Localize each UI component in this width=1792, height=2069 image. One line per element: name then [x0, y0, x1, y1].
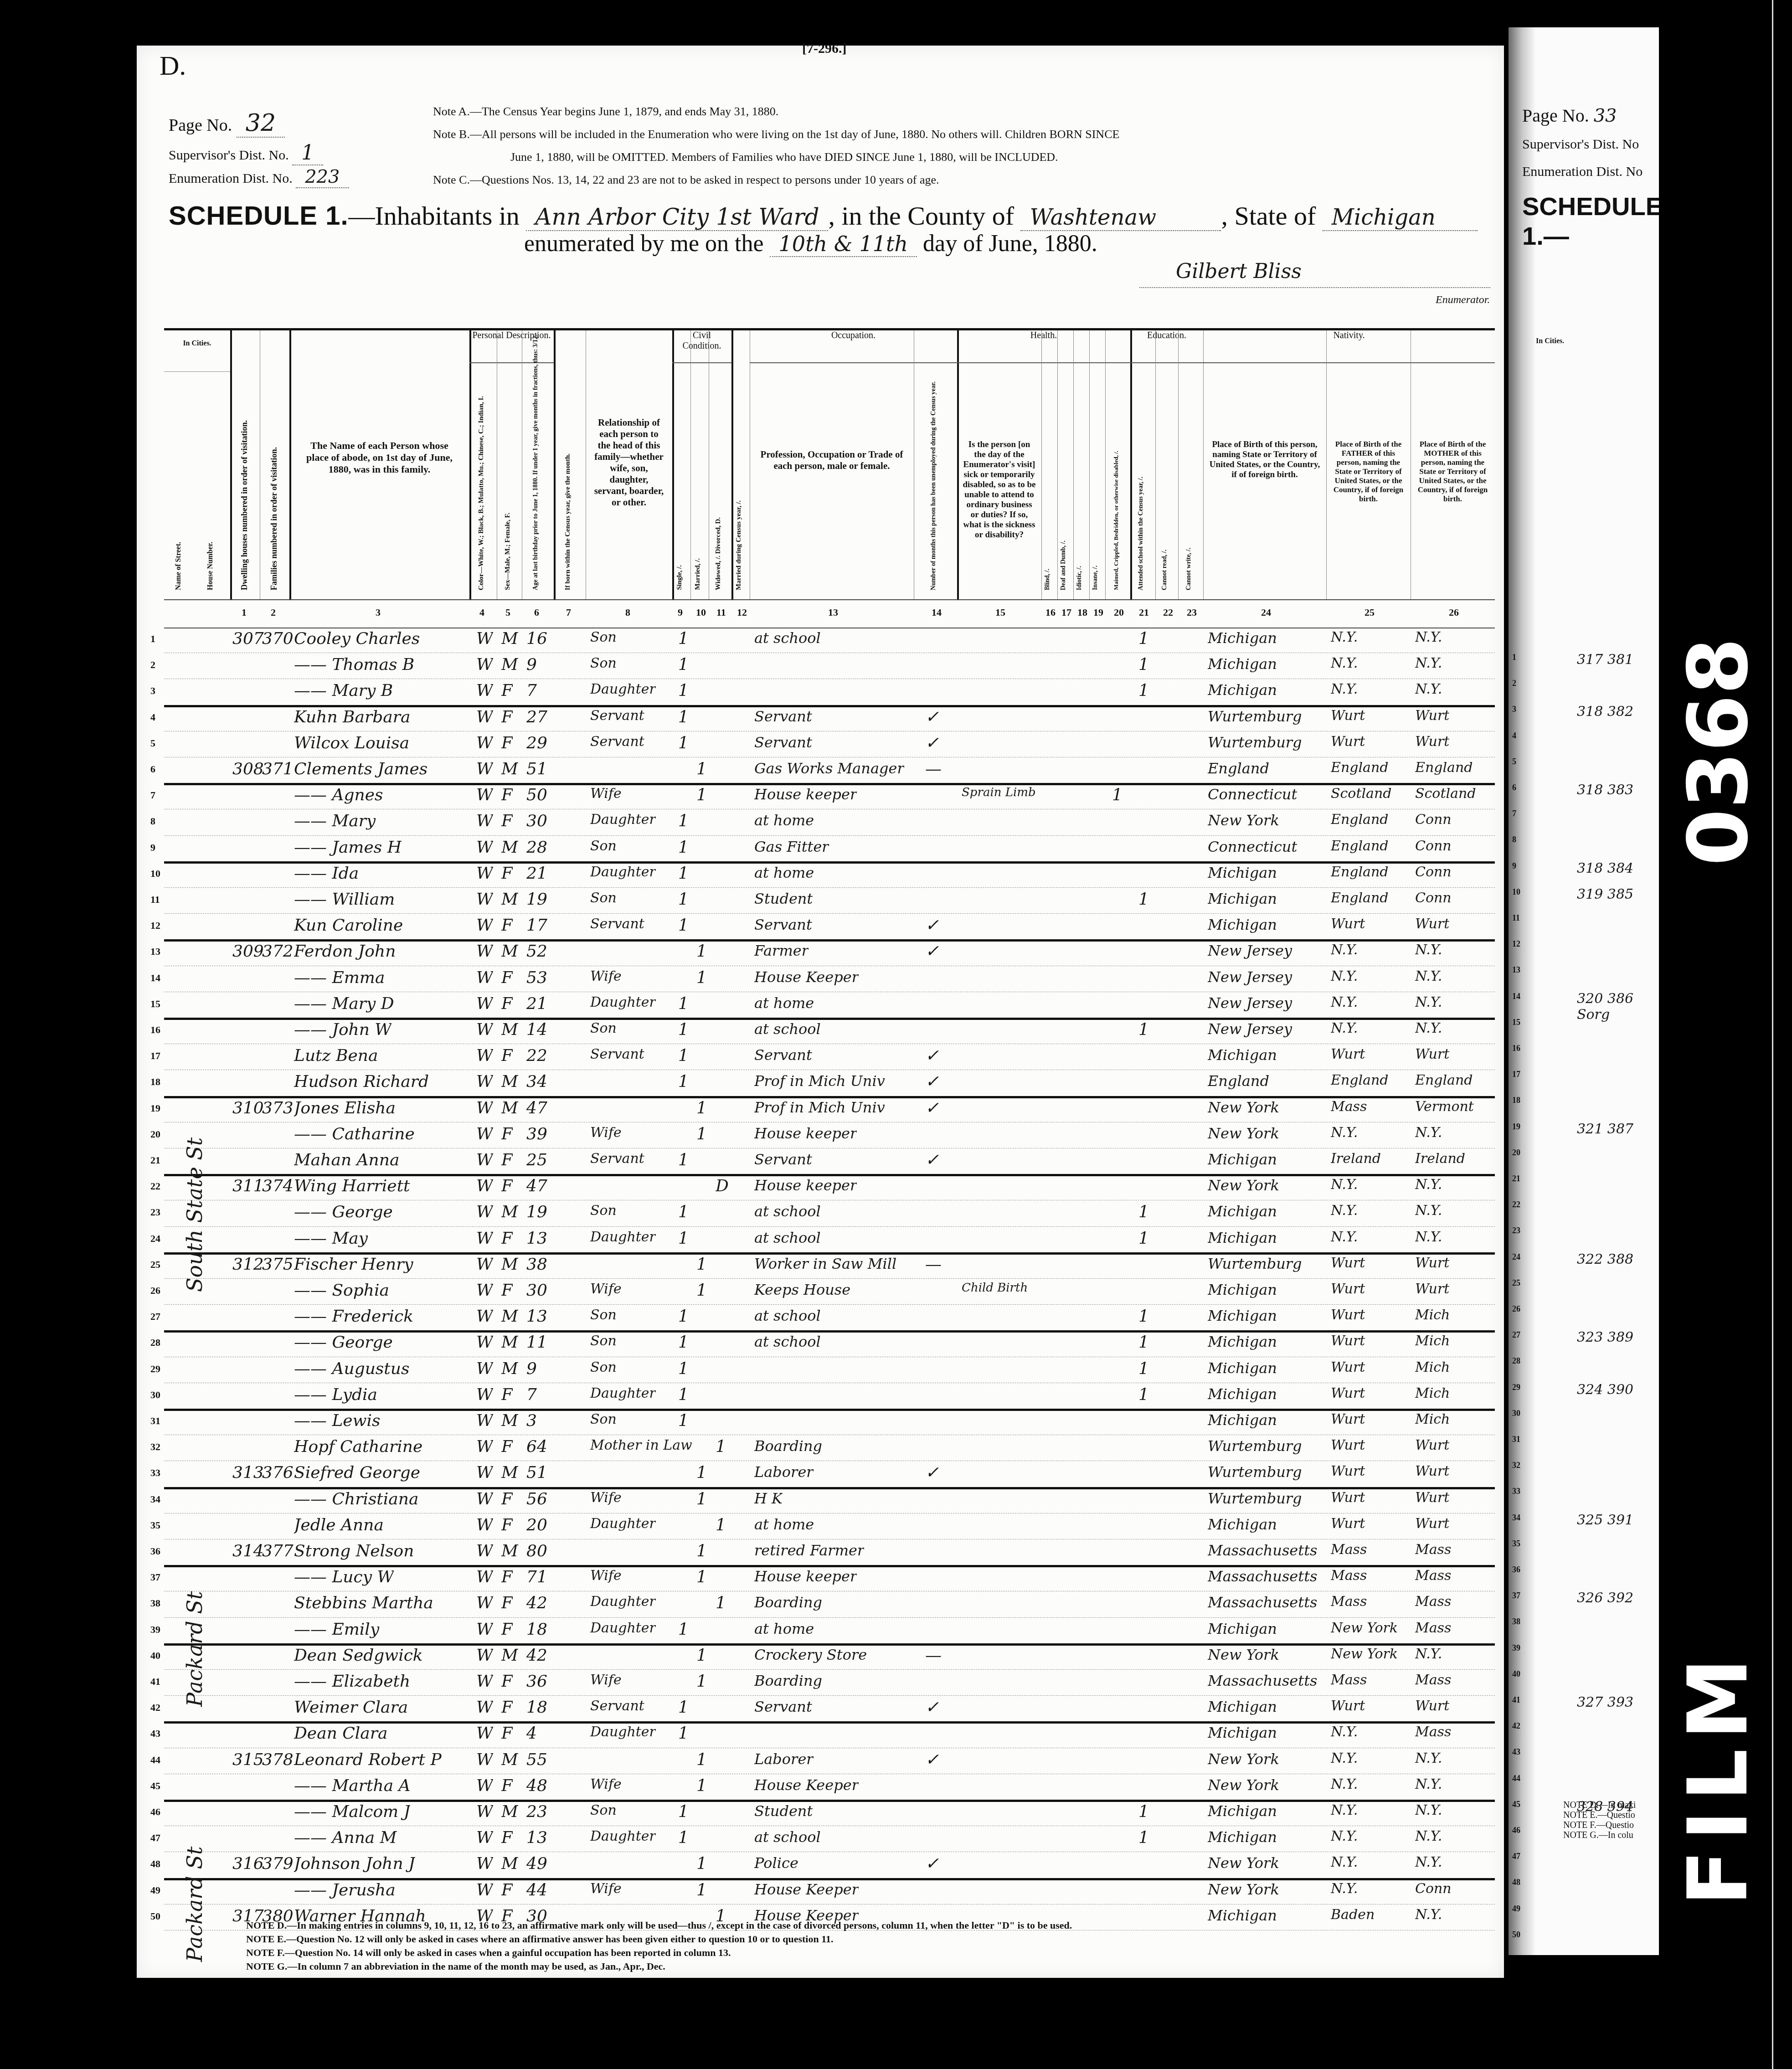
occupation: House keeper: [754, 1125, 857, 1142]
relationship: Daughter: [590, 1828, 656, 1844]
school-mark: 1: [1138, 655, 1149, 674]
table-row: 19310373Jones ElishaWM471Prof in Mich Un…: [164, 1096, 1495, 1122]
person-name: Siefred George: [294, 1463, 420, 1482]
school-mark: 1: [1138, 1203, 1149, 1221]
column-number: 11: [716, 607, 726, 618]
age: 28: [526, 838, 547, 857]
person-name: —— Emma: [294, 968, 385, 987]
birthplace: New York: [1208, 812, 1279, 829]
person-name: Leonard Robert P: [294, 1750, 442, 1769]
line-number: 3: [150, 685, 155, 697]
father-birthplace: Wurt: [1331, 734, 1365, 750]
mother-birthplace: N.Y.: [1415, 1229, 1442, 1245]
note-c: Note C.—Questions Nos. 13, 14, 22 and 23…: [433, 169, 1436, 191]
relationship: Daughter: [590, 864, 656, 880]
single-mark: 1: [678, 1046, 689, 1065]
birthplace: New York: [1208, 1099, 1279, 1116]
person-name: Fischer Henry: [294, 1255, 413, 1274]
color: W: [476, 1307, 493, 1326]
single-mark: 1: [678, 1151, 689, 1169]
mother-birthplace: N.Y.: [1415, 681, 1442, 697]
father-birthplace: Wurt: [1331, 1281, 1365, 1297]
sex: F: [501, 1672, 513, 1691]
occupation: Laborer: [754, 1463, 814, 1481]
relationship: Son: [590, 1307, 617, 1323]
film-label: FILM: [1659, 1572, 1777, 1982]
adjacent-line-number: 36: [1512, 1565, 1520, 1575]
dwelling-number: 313: [232, 1463, 264, 1482]
relationship: Wife: [590, 1568, 622, 1584]
dwelling-number: 307: [232, 629, 264, 648]
birthplace: New York: [1208, 1750, 1279, 1768]
mother-birthplace: Mass: [1415, 1672, 1451, 1688]
sex: M: [501, 1802, 518, 1821]
sex: M: [501, 1411, 518, 1430]
line-number: 34: [150, 1493, 160, 1505]
father-birthplace: Wurt: [1331, 1411, 1365, 1427]
color: W: [476, 1620, 493, 1639]
column-number: 16: [1045, 607, 1056, 618]
line-number: 43: [150, 1728, 160, 1740]
unemployed-mark: ✓: [925, 1854, 939, 1873]
adjacent-line-number: 31: [1512, 1435, 1520, 1444]
birthplace: Michigan: [1208, 1802, 1277, 1820]
adjacent-notes: NOTE D.—In makiNOTE E.—QuestioNOTE F.—Qu…: [1563, 1800, 1636, 1840]
supervisor-dist-field: Supervisor's Dist. No. 1: [169, 141, 323, 165]
occupation: Gas Works Manager: [754, 760, 904, 777]
line-number: 9: [150, 842, 155, 854]
col-9-header: Single, /.: [672, 330, 691, 599]
line-number: 40: [150, 1650, 160, 1662]
age: 80: [526, 1542, 547, 1560]
single-mark: 1: [678, 734, 689, 752]
birthplace: New York: [1208, 1881, 1279, 1898]
col-24-header: Place of Birth of this person, naming St…: [1203, 330, 1327, 599]
age: 27: [526, 708, 547, 726]
unemployed-mark: ✓: [925, 734, 939, 752]
column-number: 17: [1061, 607, 1071, 618]
sex: M: [501, 1203, 518, 1221]
family-number: 379: [262, 1854, 294, 1873]
occupation: at home: [754, 1516, 814, 1533]
relationship: Daughter: [590, 681, 656, 697]
mother-birthplace: Conn: [1415, 1881, 1452, 1897]
father-birthplace: N.Y.: [1331, 629, 1358, 645]
mother-birthplace: N.Y.: [1415, 1776, 1442, 1792]
note-b: Note B.—All persons will be included in …: [433, 123, 1436, 146]
line-number: 25: [150, 1259, 160, 1271]
age: 44: [526, 1881, 547, 1899]
age: 47: [526, 1177, 547, 1195]
mother-birthplace: Conn: [1415, 890, 1452, 906]
line-number: 27: [150, 1311, 160, 1323]
header-notes: Note A.—The Census Year begins June 1, 1…: [433, 100, 1436, 191]
mother-birthplace: N.Y.: [1415, 1828, 1442, 1844]
birthplace: Michigan: [1208, 1828, 1277, 1846]
mother-birthplace: N.Y.: [1415, 1854, 1442, 1870]
adjacent-line-number: 30: [1512, 1409, 1520, 1418]
single-mark: 1: [678, 1229, 689, 1248]
person-name: —— Mary B: [294, 681, 393, 700]
line-number: 19: [150, 1102, 160, 1114]
married-mark: 1: [696, 1646, 707, 1665]
birthplace: Michigan: [1208, 1516, 1277, 1533]
column-number: 18: [1077, 607, 1087, 618]
color: W: [476, 1542, 493, 1560]
mother-birthplace: N.Y.: [1415, 1177, 1442, 1193]
occupation: House keeper: [754, 1177, 857, 1194]
age: 39: [526, 1125, 547, 1143]
father-birthplace: Wurt: [1331, 1437, 1365, 1453]
relationship: Wife: [590, 1281, 622, 1297]
person-name: Strong Nelson: [294, 1542, 414, 1560]
birthplace: Wurtemburg: [1208, 1490, 1302, 1507]
single-mark: 1: [678, 1411, 689, 1430]
column-number: 4: [479, 607, 484, 618]
single-mark: 1: [678, 890, 689, 909]
occupation: Servant: [754, 708, 812, 725]
person-name: —— George: [294, 1203, 393, 1221]
sex: M: [501, 1854, 518, 1873]
sex: M: [501, 629, 518, 648]
family-number: 372: [262, 942, 294, 961]
mother-birthplace: Wurt: [1415, 1698, 1449, 1714]
married-mark: 1: [696, 1281, 707, 1300]
mother-birthplace: Mich: [1415, 1333, 1450, 1349]
column-number: 7: [566, 607, 571, 618]
birthplace: Michigan: [1208, 1203, 1277, 1220]
footnotes: NOTE D.—In making entries in columns 9, …: [246, 1919, 1072, 1973]
person-name: —— James H: [294, 838, 402, 857]
mother-birthplace: N.Y.: [1415, 968, 1442, 984]
occupation: at school: [754, 1229, 821, 1246]
mother-birthplace: Wurt: [1415, 1463, 1449, 1479]
person-name: —— Christiana: [294, 1490, 418, 1508]
birthplace: New Jersey: [1208, 994, 1292, 1012]
sex: M: [501, 1255, 518, 1274]
single-mark: 1: [678, 1802, 689, 1821]
color: W: [476, 1881, 493, 1899]
adjacent-entry: 324 390: [1577, 1382, 1633, 1398]
mother-birthplace: Wurt: [1415, 1490, 1449, 1506]
adjacent-line-number: 8: [1512, 835, 1516, 844]
age: 21: [526, 994, 547, 1013]
table-row: 28—— GeorgeWM11Son1at school1MichiganWur…: [164, 1330, 1495, 1357]
column-number: 23: [1187, 607, 1197, 618]
married-mark: 1: [696, 1099, 707, 1117]
school-mark: 1: [1138, 890, 1149, 909]
corner-letter: D.: [160, 50, 186, 82]
mother-birthplace: N.Y.: [1415, 655, 1442, 671]
col-3-header: The Name of each Person whose place of a…: [289, 330, 471, 599]
single-mark: 1: [678, 812, 689, 830]
table-row: 18Hudson RichardWM341Prof in Mich Univ✓E…: [164, 1070, 1495, 1098]
single-mark: 1: [678, 681, 689, 700]
father-birthplace: Mass: [1331, 1099, 1367, 1115]
person-name: Ferdon John: [294, 942, 396, 961]
person-name: —— Sophia: [294, 1281, 389, 1300]
relationship: Servant: [590, 916, 644, 932]
adjacent-schedule-title: SCHEDULE 1.—: [1522, 191, 1659, 251]
adjacent-line-number: 2: [1512, 679, 1516, 688]
married-mark: 1: [696, 1255, 707, 1274]
line-number: 10: [150, 868, 160, 880]
color: W: [476, 812, 493, 830]
county-field: Washtenaw: [1020, 205, 1221, 231]
sex: F: [501, 1125, 513, 1143]
sickness: Child Birth: [962, 1281, 1028, 1295]
adjacent-entry: 320 386 Sorg: [1577, 991, 1659, 1023]
col-14-header: Number of months this person has been un…: [914, 330, 959, 599]
widowed-mark: 1: [716, 1516, 726, 1534]
occupation: Servant: [754, 916, 812, 933]
adjacent-line-number: 20: [1512, 1148, 1520, 1158]
school-mark: 1: [1138, 1333, 1149, 1352]
state-field: Michigan: [1323, 205, 1478, 231]
adjacent-entry: 327 393: [1577, 1694, 1633, 1710]
occupation: at home: [754, 864, 814, 881]
table-row: 26—— SophiaWF30Wife1Keeps HouseChild Bir…: [164, 1278, 1495, 1305]
married-mark: 1: [696, 1568, 707, 1586]
father-birthplace: N.Y.: [1331, 1802, 1358, 1818]
family-number: 375: [262, 1255, 294, 1274]
father-birthplace: Scotland: [1331, 786, 1391, 802]
sex: F: [501, 708, 513, 726]
occupation: Servant: [754, 734, 812, 751]
line-number: 28: [150, 1337, 160, 1348]
film-reel-number: 0368: [1659, 547, 1777, 957]
column-number: 8: [625, 607, 630, 618]
father-birthplace: Wurt: [1331, 1046, 1365, 1062]
birthplace: Michigan: [1208, 1229, 1277, 1246]
person-name: —— Frederick: [294, 1307, 413, 1326]
table-row: 10—— IdaWF21Daughter1at homeMichiganEngl…: [164, 861, 1495, 888]
sex: F: [501, 1698, 513, 1717]
line-number: 45: [150, 1780, 160, 1792]
birthplace: Michigan: [1208, 1385, 1277, 1403]
age: 16: [526, 629, 547, 648]
relationship: Son: [590, 1203, 617, 1219]
married-mark: 1: [696, 1463, 707, 1482]
color: W: [476, 786, 493, 804]
color: W: [476, 1177, 493, 1195]
color: W: [476, 760, 493, 778]
mother-birthplace: Ireland: [1415, 1151, 1465, 1167]
color: W: [476, 1463, 493, 1482]
color: W: [476, 1385, 493, 1404]
school-mark: 1: [1138, 1020, 1149, 1039]
relationship: Wife: [590, 968, 622, 984]
age: 29: [526, 734, 547, 752]
person-name: —— Malcom J: [294, 1802, 410, 1821]
person-name: Clements James: [294, 760, 427, 778]
mother-birthplace: Mass: [1415, 1724, 1451, 1740]
age: 51: [526, 760, 547, 778]
father-birthplace: Baden: [1331, 1907, 1375, 1923]
age: 64: [526, 1437, 547, 1456]
column-number: 26: [1449, 607, 1459, 618]
maimed-mark: 1: [1112, 786, 1123, 804]
occupation: Servant: [754, 1151, 812, 1168]
adjacent-line-number: 39: [1512, 1643, 1520, 1653]
age: 22: [526, 1046, 547, 1065]
color: W: [476, 942, 493, 961]
adjacent-line-number: 49: [1512, 1904, 1520, 1914]
father-birthplace: Wurt: [1331, 1463, 1365, 1479]
person-name: —— Lydia: [294, 1385, 377, 1404]
table-row: 12Kun CarolineWF17Servant1Servant✓Michig…: [164, 913, 1495, 942]
dwelling-number: 310: [232, 1099, 264, 1117]
sex: F: [501, 968, 513, 987]
single-mark: 1: [678, 916, 689, 935]
person-name: —— Martha A: [294, 1776, 411, 1795]
school-mark: 1: [1138, 1802, 1149, 1821]
adjacent-line-number: 25: [1512, 1278, 1520, 1288]
table-row: 43Dean ClaraWF4Daughter1MichiganN.Y.Mass: [164, 1721, 1495, 1748]
adjacent-line-number: 6: [1512, 783, 1516, 793]
mother-birthplace: Scotland: [1415, 786, 1476, 802]
birthplace: Michigan: [1208, 1151, 1277, 1168]
column-number: 3: [376, 607, 381, 618]
color: W: [476, 655, 493, 674]
adjacent-line-number: 13: [1512, 965, 1520, 975]
form-code: [7-296.]: [802, 41, 846, 57]
birthplace: New Jersey: [1208, 942, 1292, 959]
person-name: —— Anna M: [294, 1828, 397, 1847]
person-name: Lutz Bena: [294, 1046, 378, 1065]
color: W: [476, 1802, 493, 1821]
mother-birthplace: Wurt: [1415, 1046, 1449, 1062]
mother-birthplace: N.Y.: [1415, 1802, 1442, 1818]
table-row: 13309372Ferdon JohnWM521Farmer✓New Jerse…: [164, 939, 1495, 966]
single-mark: 1: [678, 1333, 689, 1352]
adjacent-in-cities: In Cities.: [1536, 337, 1564, 345]
table-row: 46—— Malcom JWM23Son1Student1MichiganN.Y…: [164, 1800, 1495, 1826]
relationship: Daughter: [590, 812, 656, 828]
color: W: [476, 1151, 493, 1169]
table-row: 4Kuhn BarbaraWF27Servant1Servant✓Wurtemb…: [164, 705, 1495, 731]
column-number: 6: [534, 607, 539, 618]
table-row: 32Hopf CatharineWF64Mother in Law1Boardi…: [164, 1435, 1495, 1461]
family-number: 370: [262, 629, 294, 648]
age: 55: [526, 1750, 547, 1769]
adjacent-line-number: 46: [1512, 1826, 1520, 1835]
color: W: [476, 1281, 493, 1300]
person-name: —— Catharine: [294, 1125, 415, 1143]
person-name: —— Agnes: [294, 786, 383, 804]
adjacent-line-number: 50: [1512, 1930, 1520, 1940]
table-row: 24—— MayWF13Daughter1at school1MichiganN…: [164, 1226, 1495, 1255]
adjacent-line-number: 7: [1512, 809, 1516, 818]
age: 38: [526, 1255, 547, 1274]
table-row: 42Weimer ClaraWF18Servant1Servant✓Michig…: [164, 1695, 1495, 1724]
person-name: —— Augustus: [294, 1359, 409, 1378]
birthplace: Michigan: [1208, 1046, 1277, 1064]
col-22-header: Cannot read, /.: [1155, 330, 1179, 599]
sex: F: [501, 1828, 513, 1847]
line-number: 2: [150, 659, 155, 671]
column-number: 21: [1139, 607, 1149, 618]
line-number: 46: [150, 1806, 160, 1818]
father-birthplace: England: [1331, 864, 1388, 880]
unemployed-mark: —: [925, 1646, 942, 1665]
sex: M: [501, 1359, 518, 1378]
color: W: [476, 1359, 493, 1378]
occupation: Servant: [754, 1046, 812, 1064]
color: W: [476, 708, 493, 726]
married-mark: 1: [696, 786, 707, 804]
birthplace: Wurtemburg: [1208, 708, 1302, 725]
mother-birthplace: N.Y.: [1415, 994, 1442, 1010]
birthplace: Connecticut: [1208, 838, 1297, 855]
column-number: 14: [932, 607, 942, 618]
mother-birthplace: Mass: [1415, 1594, 1451, 1610]
adjacent-line-number: 15: [1512, 1018, 1520, 1027]
line-number: 48: [150, 1858, 160, 1870]
single-mark: 1: [678, 1385, 689, 1404]
note-e: NOTE E.—Question No. 12 will only be ask…: [246, 1932, 1072, 1946]
in-cities-header: In Cities. Name of Street. House Number.: [164, 330, 232, 599]
line-number: 29: [150, 1363, 160, 1375]
age: 49: [526, 1854, 547, 1873]
sex: M: [501, 1646, 518, 1665]
sex: F: [501, 734, 513, 752]
line-number: 22: [150, 1180, 160, 1192]
sex: M: [501, 760, 518, 778]
sex: M: [501, 942, 518, 961]
col-12-header: Married during Census year, /.: [731, 330, 750, 599]
occupation: House keeper: [754, 1568, 857, 1585]
family-number: 373: [262, 1099, 294, 1117]
adjacent-line-number: 4: [1512, 731, 1516, 741]
adjacent-entry: 318 384: [1577, 860, 1633, 876]
line-number: 44: [150, 1754, 160, 1766]
sex: M: [501, 1072, 518, 1091]
age: 25: [526, 1151, 547, 1169]
table-row: 9—— James HWM28Son1Gas FitterConnecticut…: [164, 835, 1495, 864]
sex: F: [501, 1568, 513, 1586]
person-name: —— Jerusha: [294, 1881, 396, 1899]
col-8-header: Relationship of each person to the head …: [586, 330, 674, 599]
occupation: Gas Fitter: [754, 838, 829, 855]
relationship: Daughter: [590, 1620, 656, 1636]
father-birthplace: Wurt: [1331, 1516, 1365, 1532]
column-number: 20: [1114, 607, 1124, 618]
adjacent-line-number: 32: [1512, 1461, 1520, 1470]
single-mark: 1: [678, 1724, 689, 1743]
color: W: [476, 1203, 493, 1221]
father-birthplace: Wurt: [1331, 708, 1365, 724]
occupation: Boarding: [754, 1437, 822, 1455]
col-11-header: Widowed, /. Divorced, D.: [709, 330, 733, 599]
person-name: —— Mary: [294, 812, 376, 830]
age: 53: [526, 968, 547, 987]
table-row: 36314377Strong NelsonWM801retired Farmer…: [164, 1539, 1495, 1567]
occupation: at school: [754, 1203, 821, 1220]
birthplace: Massachusetts: [1208, 1672, 1317, 1689]
age: 30: [526, 812, 547, 830]
sex: M: [501, 1463, 518, 1482]
unemployed-mark: ✓: [925, 942, 939, 961]
birthplace: Michigan: [1208, 1333, 1277, 1350]
age: 14: [526, 1020, 547, 1039]
father-birthplace: England: [1331, 760, 1388, 776]
adjacent-line-number: 3: [1512, 705, 1516, 714]
sex: M: [501, 655, 518, 674]
person-name: Stebbins Martha: [294, 1594, 433, 1612]
sex: M: [501, 890, 518, 909]
single-mark: 1: [678, 864, 689, 883]
